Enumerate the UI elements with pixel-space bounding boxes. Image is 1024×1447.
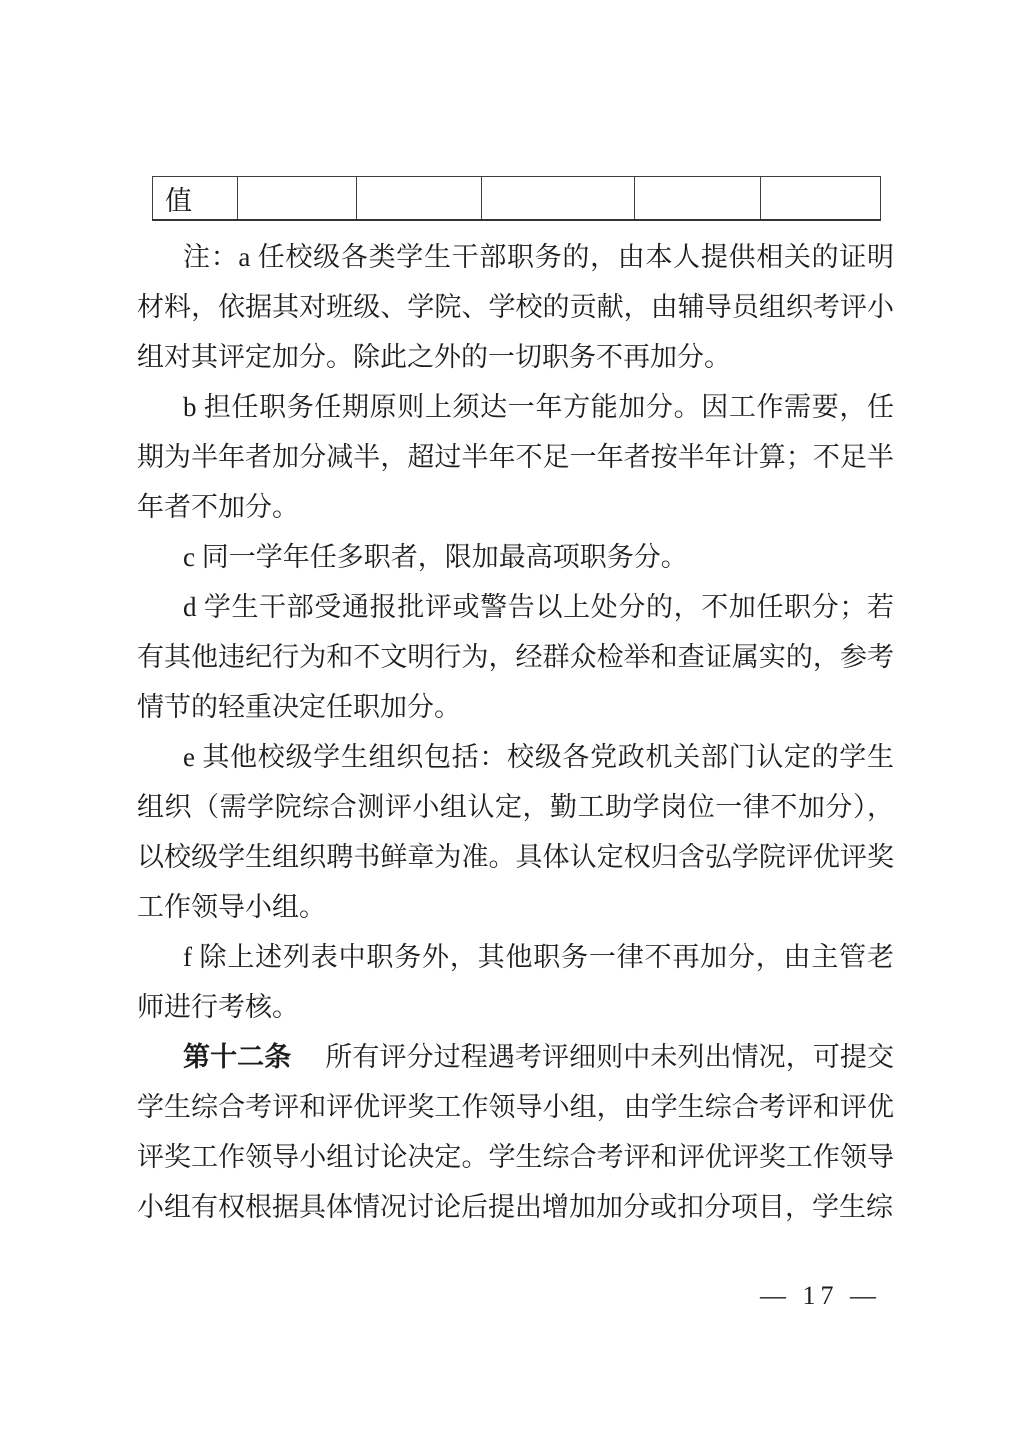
- note-paragraph-e: e 其他校级学生组织包括：校级各党政机关部门认定的学生组织（需学院综合测评小组认…: [137, 732, 894, 932]
- table-cell-empty: [761, 177, 881, 221]
- article-12-number: 第十二条: [183, 1042, 291, 1072]
- body-text: 注：a 任校级各类学生干部职务的，由本人提供相关的证明材料，依据其对班级、学院、…: [137, 232, 894, 1232]
- score-table-fragment: 值: [152, 176, 881, 221]
- note-paragraph-a: 注：a 任校级各类学生干部职务的，由本人提供相关的证明材料，依据其对班级、学院、…: [137, 232, 894, 382]
- page-number: — 17 —: [760, 1281, 881, 1311]
- table-cell-empty: [482, 177, 635, 221]
- table-cell-empty: [635, 177, 761, 221]
- table-cell-empty: [238, 177, 357, 221]
- note-paragraph-b: b 担任职务任期原则上须达一年方能加分。因工作需要，任期为半年者加分减半，超过半…: [137, 382, 894, 532]
- table-row: 值: [153, 177, 881, 221]
- note-paragraph-f: f 除上述列表中职务外，其他职务一律不再加分，由主管老师进行考核。: [137, 932, 894, 1032]
- document-page: 值 注：a 任校级各类学生干部职务的，由本人提供相关的证明材料，依据其对班级、学…: [0, 0, 1024, 1447]
- note-paragraph-c: c 同一学年任多职者，限加最高项职务分。: [137, 532, 894, 582]
- note-paragraph-d: d 学生干部受通报批评或警告以上处分的，不加任职分；若有其他违纪行为和不文明行为…: [137, 582, 894, 732]
- article-12-paragraph: 第十二条所有评分过程遇考评细则中未列出情况，可提交学生综合考评和评优评奖工作领导…: [137, 1032, 894, 1232]
- table-cell-label: 值: [153, 177, 238, 221]
- table-cell-empty: [357, 177, 482, 221]
